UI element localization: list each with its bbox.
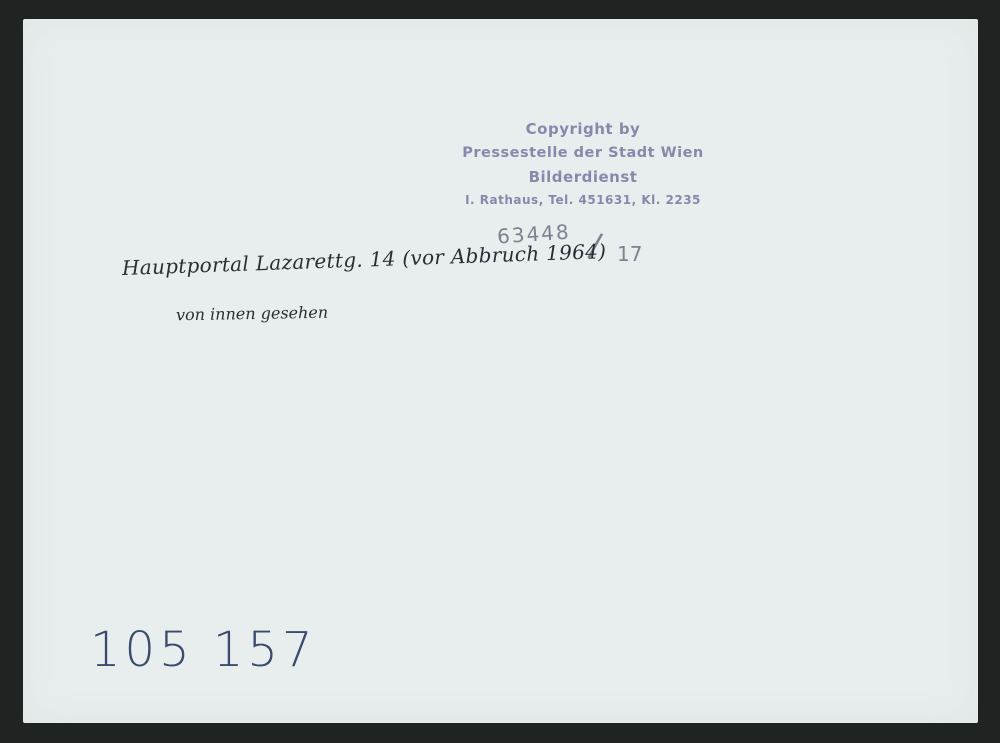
handwritten-caption-line-2: von innen gesehen: [176, 303, 328, 325]
photo-back-card: Copyright by Pressestelle der Stadt Wien…: [23, 19, 978, 723]
stamp-line-bilderdienst: Bilderdienst: [418, 167, 748, 187]
negative-number-sub: 17: [617, 242, 642, 266]
stamp-line-address: I. Rathaus, Tel. 451631, Kl. 2235: [418, 191, 748, 209]
stamp-line-copyright: Copyright by: [418, 119, 748, 139]
copyright-stamp: Copyright by Pressestelle der Stadt Wien…: [418, 119, 748, 209]
inventory-number: 105 157: [90, 622, 317, 678]
stamp-line-pressestelle: Pressestelle der Stadt Wien: [418, 143, 748, 163]
